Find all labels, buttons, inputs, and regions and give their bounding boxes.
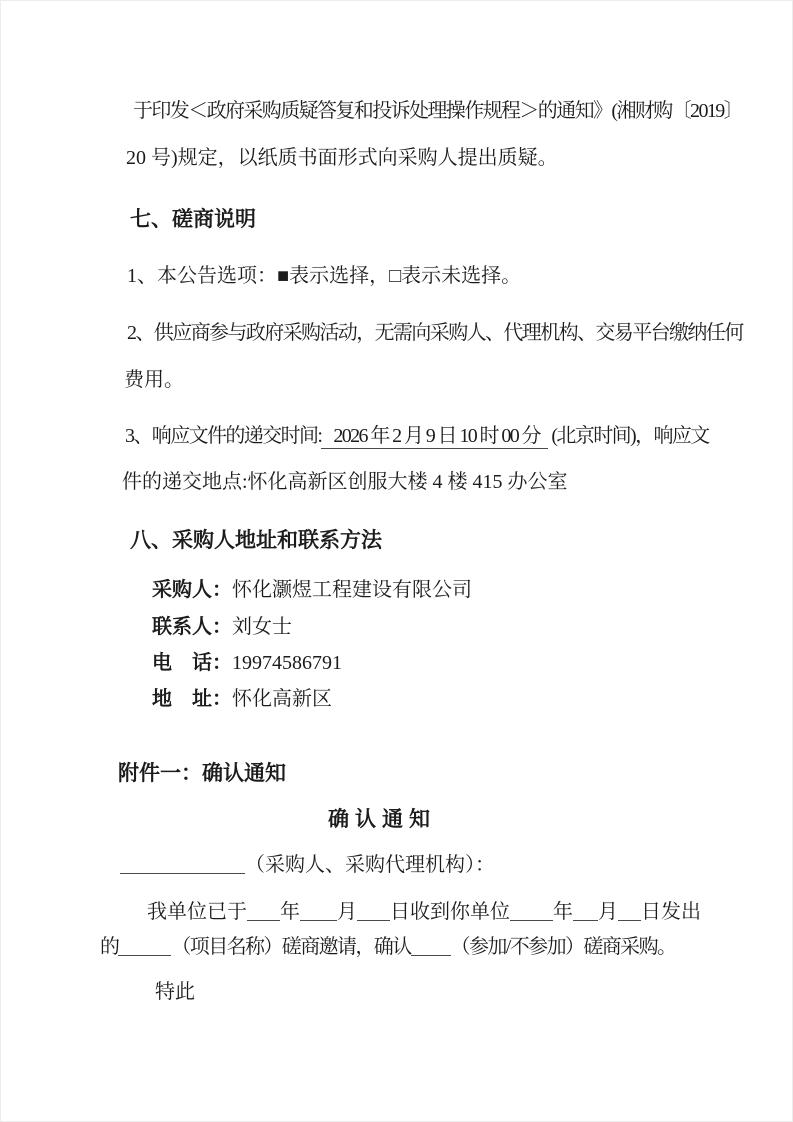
section7-item3-line1: 3、响应文件的递交时间:2026 年 2 月 9 日 10 时 00 分 (北京… [125, 423, 709, 449]
section7-item1: 1、本公告选项：■表示选择，□表示未选择。 [127, 263, 521, 289]
contact-person-label: 联系人： [152, 616, 232, 638]
section7-item2-line1: 2、供应商参与政府采购活动，无需向采购人、代理机构、交易平台缴纳任何 [127, 320, 743, 346]
document-page: 于印发＜政府采购质疑答复和投诉处理操作规程＞的通知》(湘财购〔2019〕 20 … [0, 0, 793, 1122]
notice-title: 确认通知 [0, 806, 764, 832]
attachment-heading: 附件一：确认通知 [118, 760, 286, 786]
notice-body-line2: 的（项目名称）磋商邀请，确认（参加/不参加）磋商采购。 [100, 934, 675, 960]
contact-row-person: 联系人：刘女士 [152, 614, 292, 640]
addressee-suffix: （采购人、采购代理机构）： [245, 854, 495, 876]
fill-in-blank [247, 899, 280, 921]
continuation-line-2: 20 号)规定，以纸质书面形式向采购人提出质疑。 [126, 145, 558, 171]
fill-in-blank [618, 899, 641, 921]
phone-label: 电 话： [152, 652, 232, 674]
notice-body-line1: 我单位已于年月日收到你单位年月日发出 [147, 899, 701, 925]
body-text: 日发出 [641, 901, 701, 923]
phone-value: 19974586791 [232, 652, 342, 674]
submission-time-suffix: (北京时间)，响应文 [548, 425, 709, 447]
contact-person-value: 刘女士 [232, 616, 292, 638]
contact-row-address: 地 址：怀化高新区 [152, 686, 332, 712]
fill-in-blank [300, 899, 337, 921]
contact-row-phone: 电 话：19974586791 [152, 650, 342, 676]
fill-in-blank [510, 899, 553, 921]
purchaser-label: 采购人： [152, 579, 232, 601]
fill-in-blank [357, 899, 390, 921]
body-text: （参加/不参加）磋商采购。 [451, 936, 676, 958]
body-text: （项目名称）磋商邀请，确认 [171, 936, 410, 958]
submission-time-label: 3、响应文件的递交时间: [125, 425, 321, 447]
body-text: 年 [280, 901, 300, 923]
fill-in-blank [411, 934, 451, 956]
section8-heading: 八、采购人地址和联系方法 [130, 527, 382, 553]
fill-in-blank [120, 852, 245, 874]
section7-item3-line2: 件的递交地点:怀化高新区创服大楼 4 楼 415 办公室 [122, 469, 568, 495]
body-text: 我单位已于 [147, 901, 247, 923]
addressee-line: （采购人、采购代理机构）： [120, 852, 495, 878]
body-text: 月 [598, 901, 618, 923]
fill-in-blank [118, 934, 171, 956]
submission-time-value: 2026 年 2 月 9 日 10 时 00 分 [321, 425, 548, 449]
purchaser-value: 怀化灏煜工程建设有限公司 [232, 579, 472, 601]
body-text: 年 [553, 901, 573, 923]
address-value: 怀化高新区 [232, 688, 332, 710]
body-text: 日收到你单位 [390, 901, 510, 923]
body-text: 月 [337, 901, 357, 923]
fill-in-blank [573, 899, 598, 921]
address-label: 地 址： [152, 688, 232, 710]
body-text: 的 [100, 936, 118, 958]
contact-row-purchaser: 采购人：怀化灏煜工程建设有限公司 [152, 577, 472, 603]
section7-item2-line2: 费用。 [124, 367, 184, 393]
section7-heading: 七、磋商说明 [130, 206, 256, 232]
closing-line: 特此 [155, 979, 195, 1005]
continuation-line-1: 于印发＜政府采购质疑答复和投诉处理操作规程＞的通知》(湘财购〔2019〕 [133, 98, 742, 124]
